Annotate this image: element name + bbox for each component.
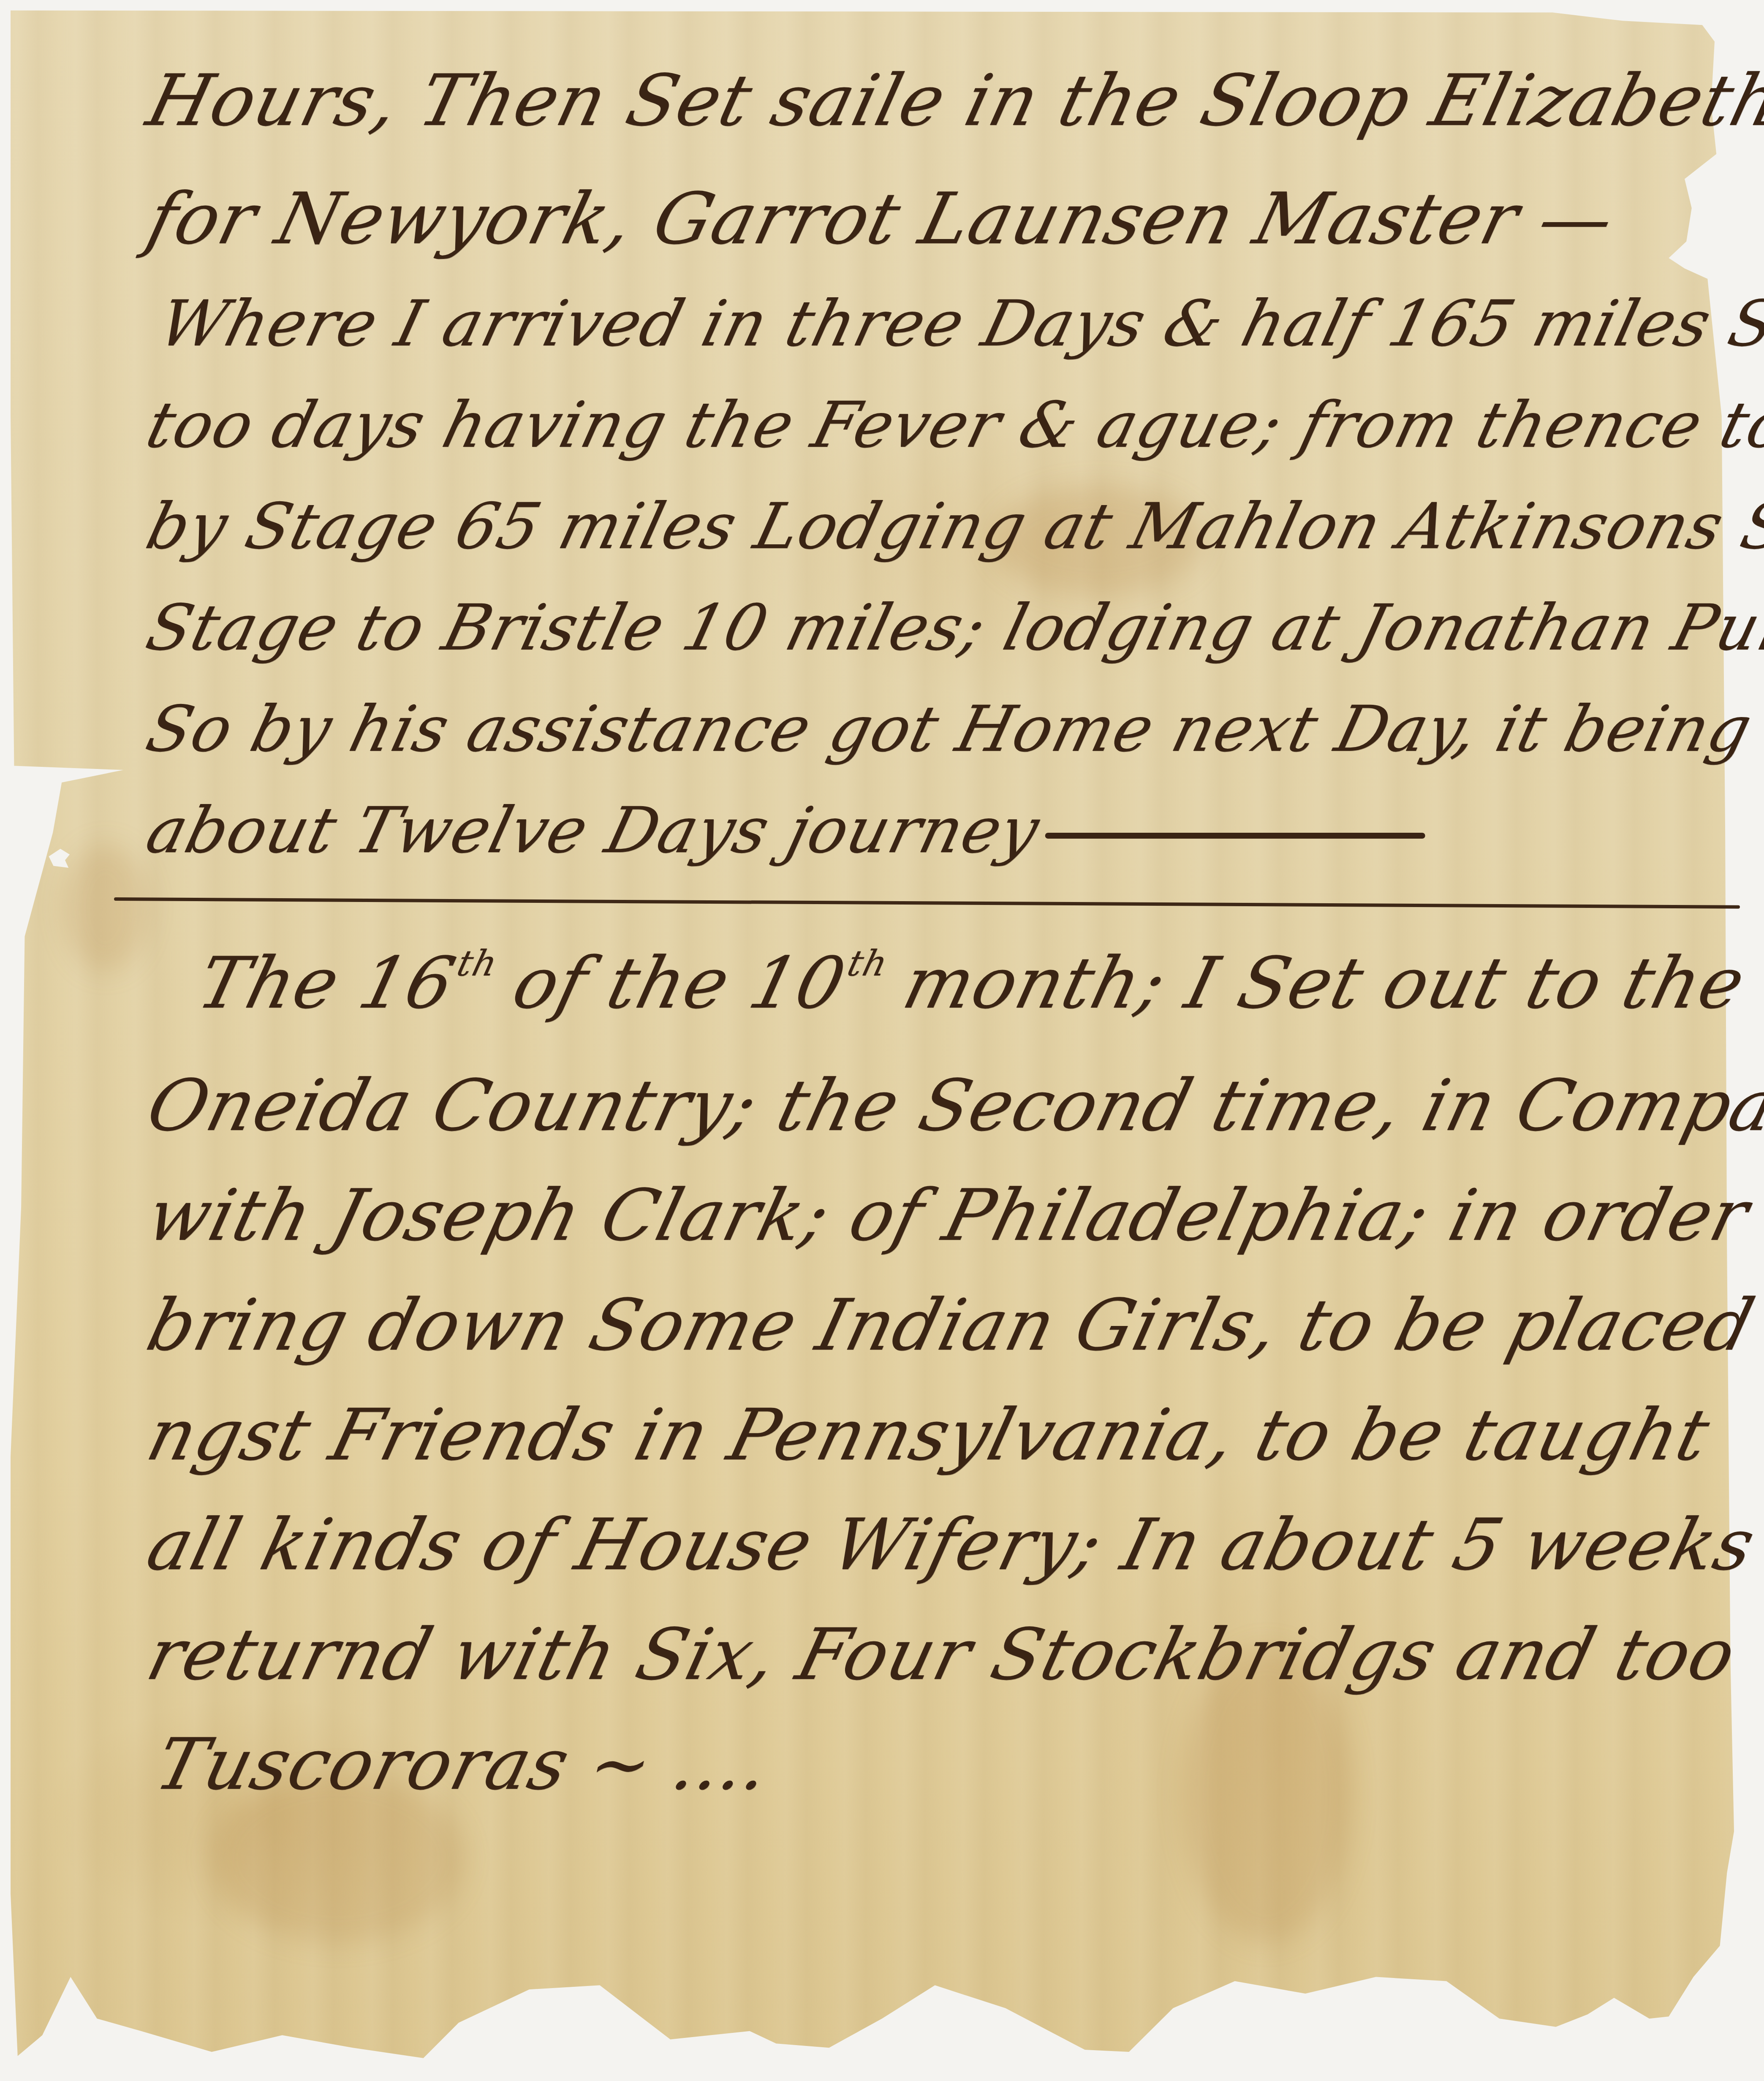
closing-flourish-rule: [1045, 833, 1425, 839]
text-line: bring down Some Indian Girls, to be plac…: [139, 1284, 1764, 1367]
paper-stain: [63, 845, 148, 971]
text-line: for Newyork, Garrot Launsen Master —: [139, 177, 1623, 260]
date-prefix: The 16: [190, 942, 464, 1024]
date-middle: of the 10: [482, 942, 854, 1024]
text-line: by Stage 65 miles Lodging at Mahlon Atki…: [139, 490, 1764, 563]
text-line: returnd with Six, Four Stockbridgs and t…: [139, 1613, 1744, 1696]
text-line: with Joseph Clark; of Philadelphia; in o…: [139, 1174, 1764, 1257]
text-line: all kinds of House Wifery; In about 5 we…: [139, 1503, 1764, 1586]
text-line: ngst Friends in Pennsylvania, to be taug…: [139, 1394, 1718, 1476]
date-suffix: month; I Set out to the: [872, 942, 1753, 1024]
text-line: Hours, Then Set saile in the Sloop Eliza…: [139, 59, 1764, 142]
text-line: So by his assistance got Home next Day, …: [139, 693, 1759, 766]
text-line: Tuscororas ~ ....: [148, 1723, 779, 1806]
text-line: Where I arrived in three Days & half 165…: [152, 287, 1764, 361]
closing-text: about Twelve Days journey: [139, 794, 1047, 867]
text-line-closing: about Twelve Days journey: [139, 794, 1435, 867]
text-line: too days having the Fever & ague; from t…: [139, 388, 1764, 462]
text-line: Stage to Bristle 10 miles; lodging at Jo…: [139, 591, 1764, 665]
text-line: Oneida Country; the Second time, in Comp…: [139, 1064, 1764, 1147]
text-line-date: The 16th of the 10th month; I Set out to…: [190, 942, 1753, 1024]
